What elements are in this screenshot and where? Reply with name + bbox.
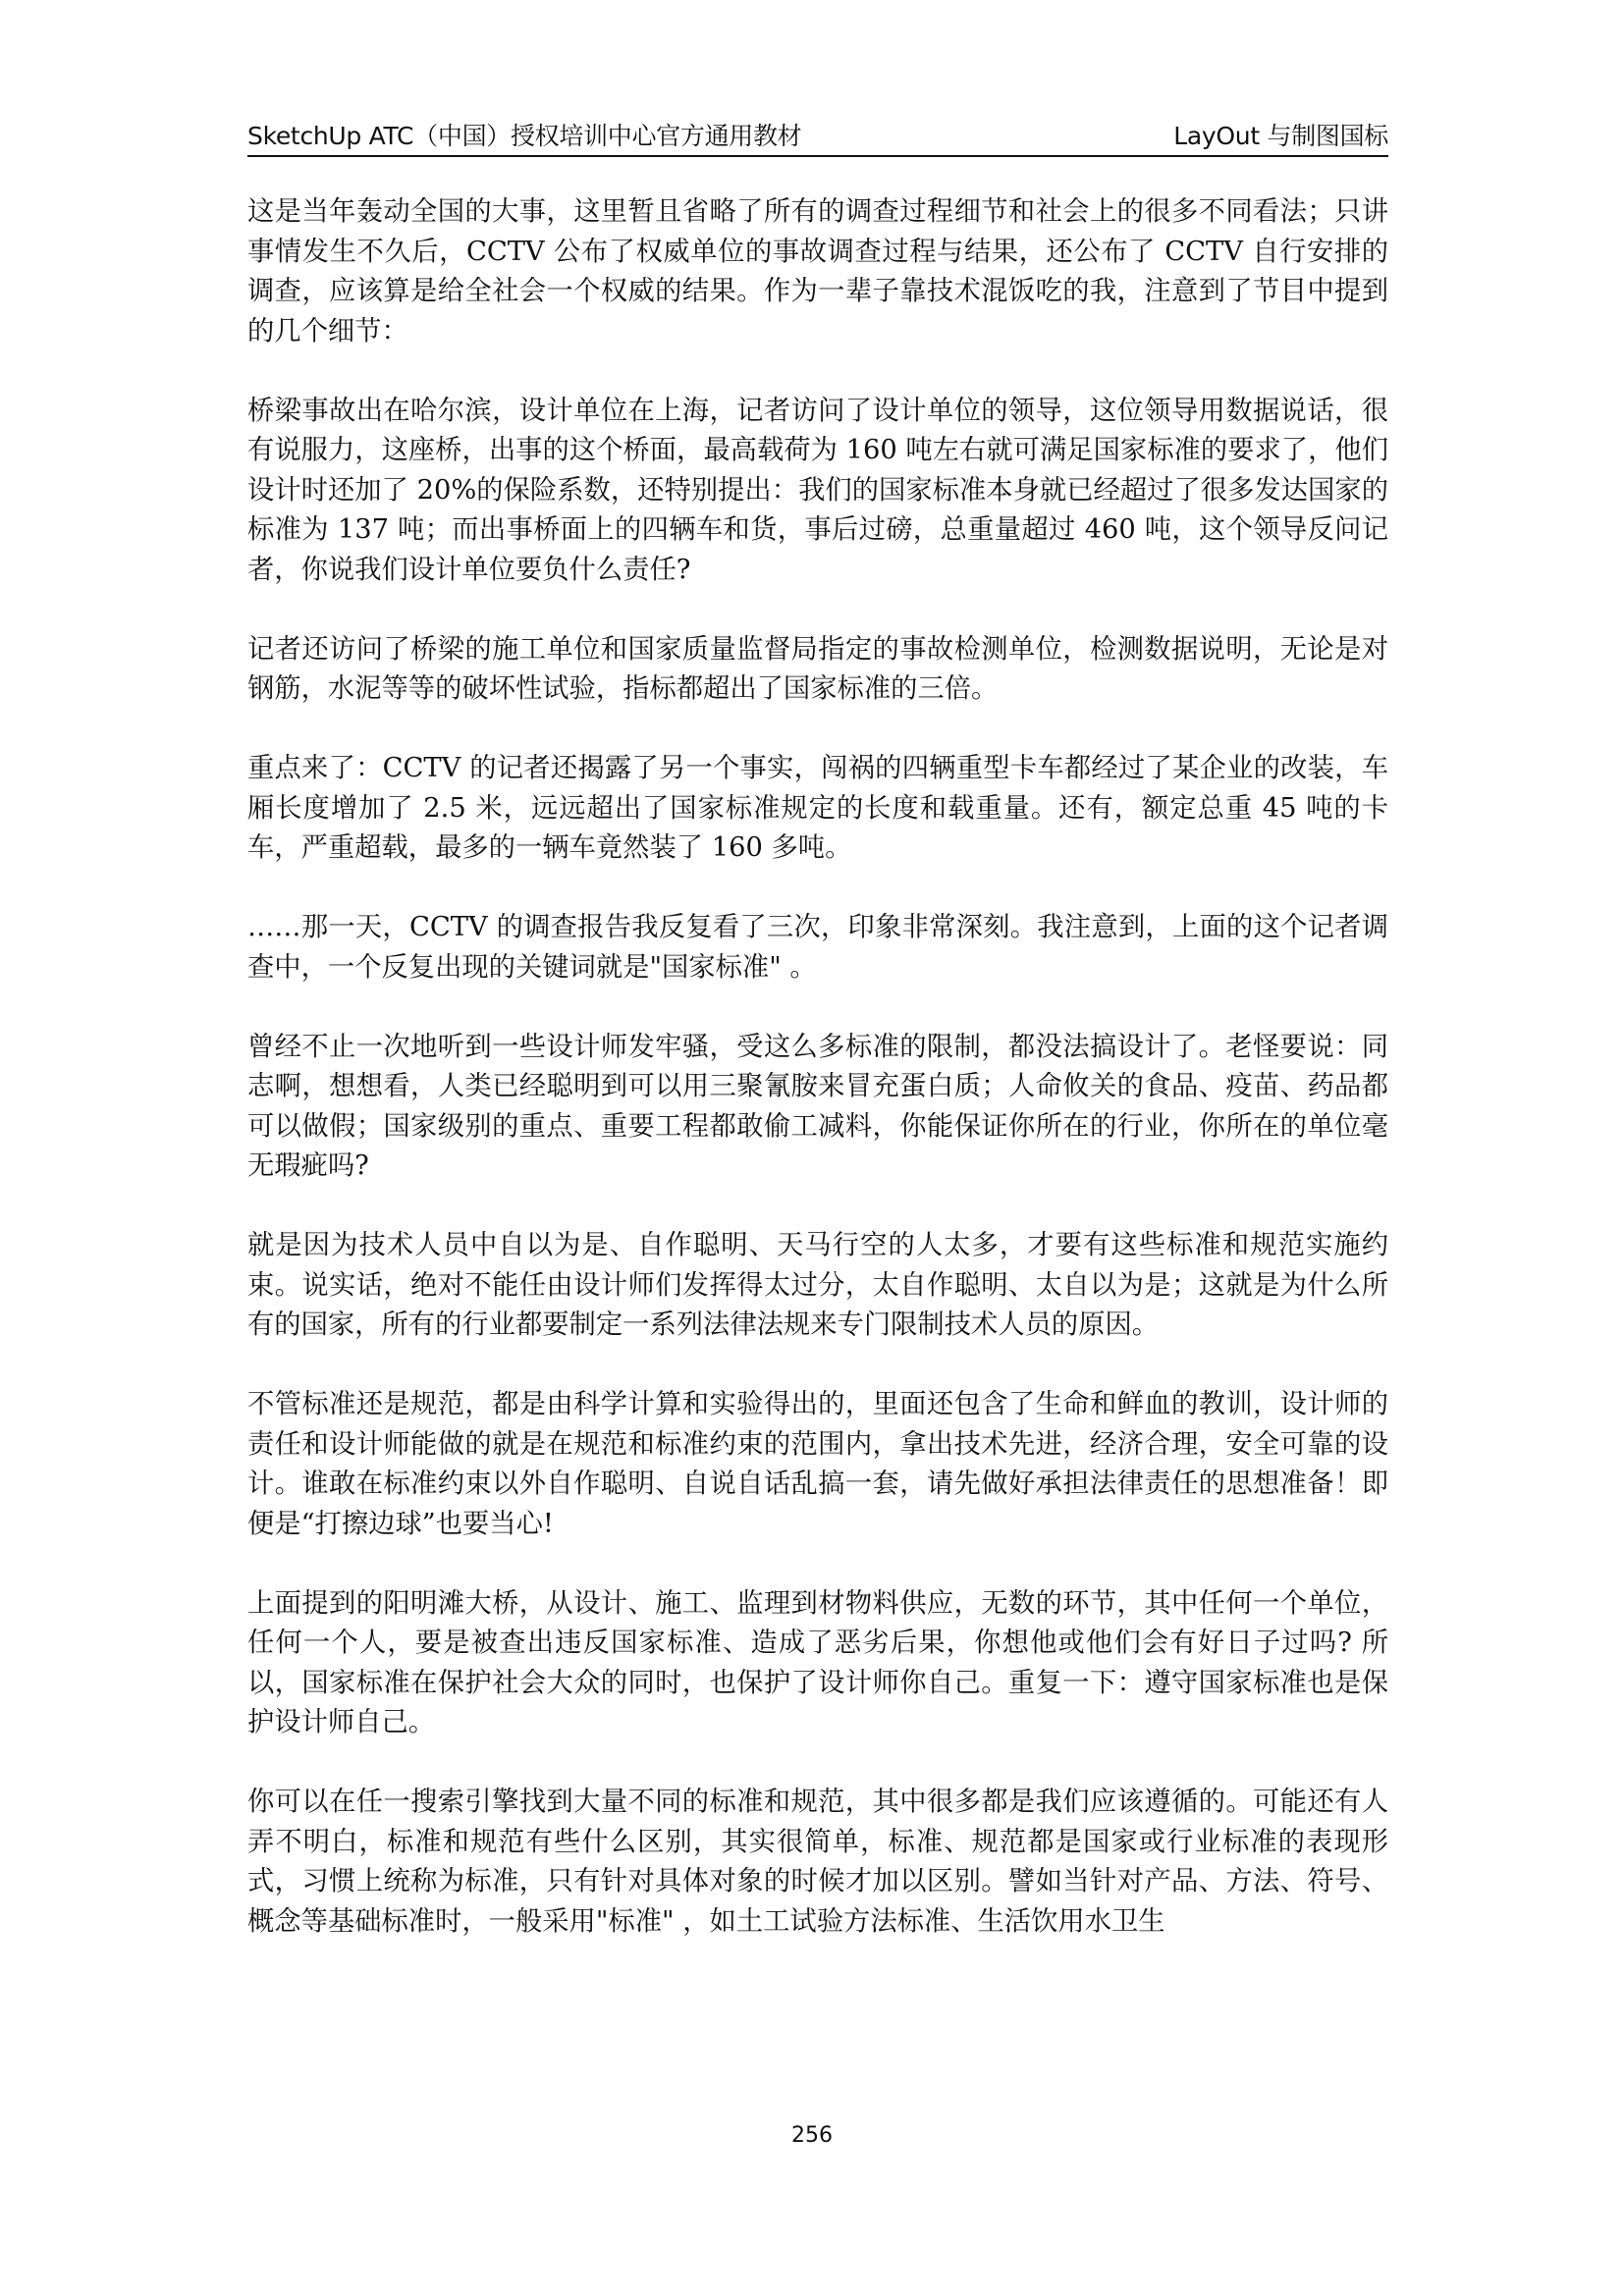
header-book-title: SketchUp ATC（中国）授权培训中心官方通用教材: [247, 120, 801, 153]
paragraph: ……那一天，CCTV 的调查报告我反复看了三次，印象非常深刻。我注意到，上面的这…: [247, 908, 1388, 988]
paragraph: 就是因为技术人员中自以为是、自作聪明、天马行空的人太多，才要有这些标准和规范实施…: [247, 1226, 1388, 1346]
paragraph: 记者还访问了桥梁的施工单位和国家质量监督局指定的事故检测单位，检测数据说明，无论…: [247, 630, 1388, 710]
paragraph: 重点来了：CCTV 的记者还揭露了另一个事实，闯祸的四辆重型卡车都经过了某企业的…: [247, 749, 1388, 869]
paragraph: 上面提到的阳明滩大桥，从设计、施工、监理到材物料供应，无数的环节，其中任何一个单…: [247, 1584, 1388, 1743]
page-number: 256: [0, 2123, 1624, 2148]
paragraph: 你可以在任一搜索引擎找到大量不同的标准和规范，其中很多都是我们应该遵循的。可能还…: [247, 1783, 1388, 1942]
paragraph: 不管标准还是规范，都是由科学计算和实验得出的，里面还包含了生命和鲜血的教训，设计…: [247, 1385, 1388, 1544]
paragraph: 这是当年轰动全国的大事，这里暂且省略了所有的调查过程细节和社会上的很多不同看法；…: [247, 192, 1388, 351]
header-chapter-title: LayOut 与制图国标: [1173, 120, 1388, 153]
document-page: SketchUp ATC（中国）授权培训中心官方通用教材 LayOut 与制图国…: [0, 0, 1624, 2296]
paragraph: 曾经不止一次地听到一些设计师发牢骚，受这么多标准的限制，都没法搞设计了。老怪要说…: [247, 1028, 1388, 1187]
body-text: 这是当年轰动全国的大事，这里暂且省略了所有的调查过程细节和社会上的很多不同看法；…: [247, 192, 1388, 1982]
paragraph: 桥梁事故出在哈尔滨，设计单位在上海，记者访问了设计单位的领导，这位领导用数据说话…: [247, 392, 1388, 591]
running-header: SketchUp ATC（中国）授权培训中心官方通用教材 LayOut 与制图国…: [247, 120, 1388, 157]
